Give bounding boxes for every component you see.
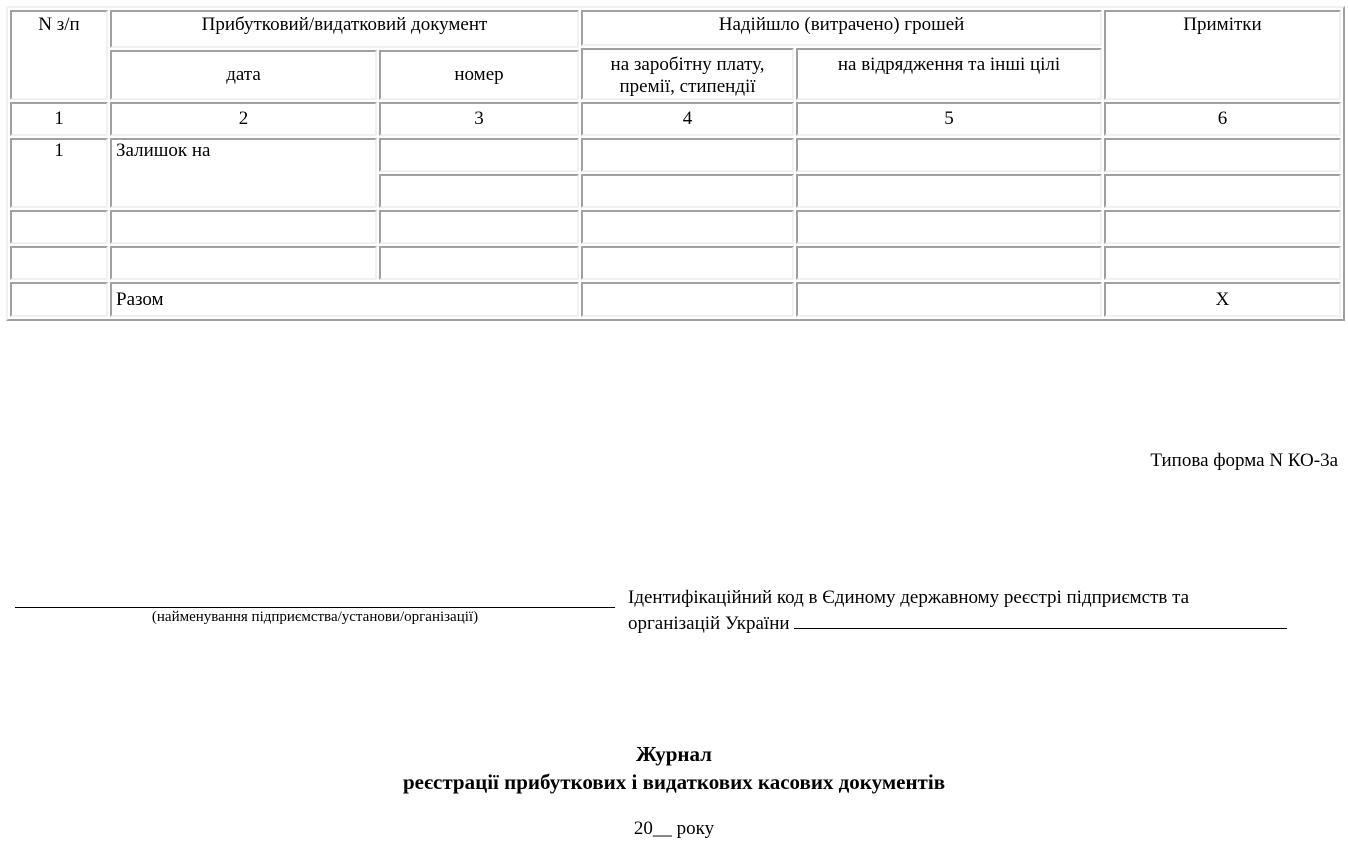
id-code-blank[interactable]: [794, 610, 1287, 629]
table-row: 1 Залишок на: [10, 138, 1341, 172]
empty-cell: [796, 174, 1102, 208]
empty-cell: [581, 210, 794, 244]
column-number: 5: [796, 102, 1102, 136]
id-code-label-line1: Ідентифікаційний код в Єдиному державном…: [628, 585, 1328, 610]
empty-cell: [10, 282, 108, 317]
column-number-row: 1 2 3 4 5 6: [10, 102, 1341, 136]
empty-cell: [379, 138, 579, 172]
id-code-field: Ідентифікаційний код в Єдиному державном…: [628, 585, 1328, 636]
empty-cell: [1104, 246, 1341, 280]
journal-title-line1: Журнал: [0, 740, 1348, 768]
empty-cell: [581, 246, 794, 280]
empty-cell: [581, 138, 794, 172]
empty-cell: [796, 210, 1102, 244]
empty-cell: [10, 246, 108, 280]
header-number: N з/п: [10, 10, 108, 100]
header-document: Прибутковий/видатковий документ: [110, 10, 579, 48]
empty-cell: [379, 246, 579, 280]
empty-cell: [110, 246, 377, 280]
column-number: 3: [379, 102, 579, 136]
empty-cell: [1104, 174, 1341, 208]
empty-cell: [796, 282, 1102, 317]
journal-title: Журнал реєстрації прибуткових і видатков…: [0, 740, 1348, 796]
header-document-date: дата: [110, 50, 377, 100]
column-number: 2: [110, 102, 377, 136]
empty-cell: [1104, 138, 1341, 172]
id-code-label-line2: організацій України: [628, 613, 790, 634]
column-number: 1: [10, 102, 108, 136]
header-notes: Примітки: [1104, 10, 1341, 100]
empty-cell: [110, 210, 377, 244]
header-document-number: номер: [379, 50, 579, 100]
empty-cell: [379, 174, 579, 208]
empty-cell: [379, 210, 579, 244]
empty-cell: [10, 210, 108, 244]
row-number: 1: [10, 138, 108, 208]
header-money-salary: на заробітну плату, премії, стипендії: [581, 48, 794, 100]
empty-cell: [1104, 210, 1341, 244]
organization-name-caption: (найменування підприємства/установи/орга…: [15, 609, 615, 626]
column-number: 4: [581, 102, 794, 136]
table-row: [10, 210, 1341, 244]
column-number: 6: [1104, 102, 1341, 136]
journal-title-line2: реєстрації прибуткових і видаткових касо…: [0, 768, 1348, 796]
organization-name-blank[interactable]: [15, 583, 615, 608]
table-row: [10, 246, 1341, 280]
empty-cell: [796, 138, 1102, 172]
header-money-travel: на відрядження та інші цілі: [796, 48, 1102, 100]
empty-cell: [581, 282, 794, 317]
row-balance-label: Залишок на: [110, 138, 377, 208]
total-notes: X: [1104, 282, 1341, 317]
journal-year: 20__ року: [0, 818, 1348, 840]
empty-cell: [581, 174, 794, 208]
journal-table: N з/п Прибутковий/видатковий документ На…: [6, 6, 1345, 321]
total-row: Разом X: [10, 282, 1341, 317]
total-label: Разом: [110, 282, 579, 317]
form-type-label: Типова форма N КО-3а: [1150, 450, 1338, 472]
empty-cell: [796, 246, 1102, 280]
header-money: Надійшло (витрачено) грошей: [581, 10, 1102, 46]
organization-name-field: (найменування підприємства/установи/орга…: [15, 583, 615, 626]
